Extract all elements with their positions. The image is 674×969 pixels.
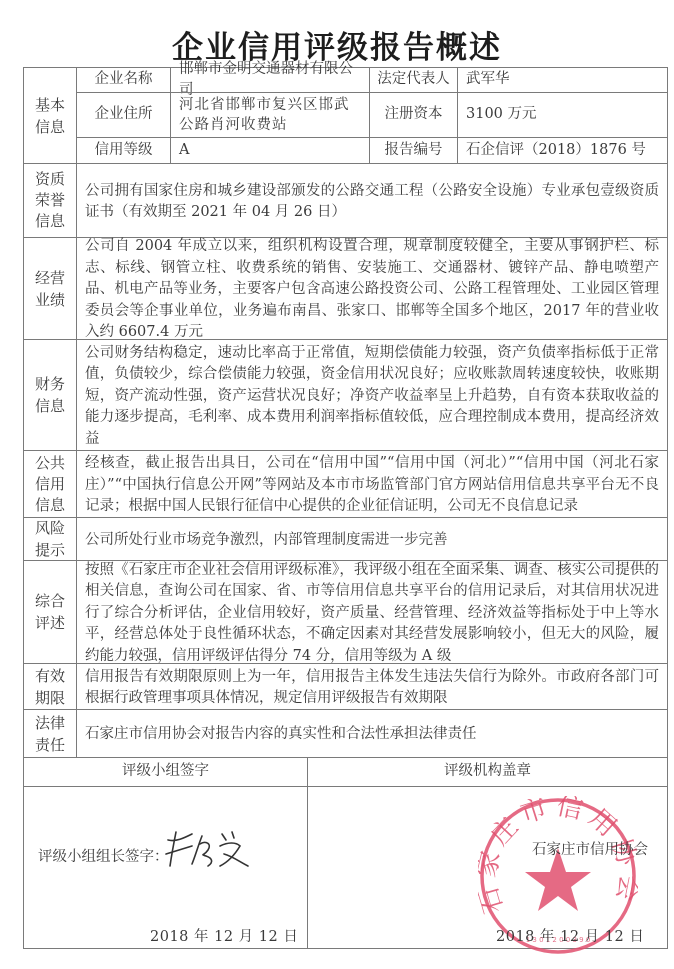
section-text-qualification: 公司拥有国家住房和城乡建设部颁发的公路交通工程（公路安全设施）专业承包壹级资质证… bbox=[76, 163, 668, 238]
risk-warning-text: 公司所处行业市场竞争激烈，内部管理制度需进一步完善 bbox=[85, 530, 448, 552]
section-label-basic-info: 基本 信息 bbox=[23, 67, 77, 164]
public-credit-text: 经核查，截止报告出具日，公司在“信用中国”“信用中国（河北）”“信用中国（河北石… bbox=[85, 453, 659, 518]
section-label-validity: 有效 期限 bbox=[23, 663, 77, 710]
business-performance-text: 公司自 2004 年成立以来，组织机构设置合理，规章制度较健全，主要从事钢护栏、… bbox=[85, 236, 659, 344]
section-label-business-performance: 经营 业绩 bbox=[23, 237, 77, 340]
value-report-number: 石企信评（2018）1876 号 bbox=[457, 137, 668, 164]
value-legal-rep: 武军华 bbox=[457, 67, 668, 93]
section-text-risk-warning: 公司所处行业市场竞争激烈，内部管理制度需进一步完善 bbox=[76, 517, 668, 561]
label-company-name: 企业名称 bbox=[76, 67, 171, 93]
label-registered-capital: 注册资本 bbox=[369, 92, 458, 138]
section-label-legal-liability: 法律 责任 bbox=[23, 709, 77, 758]
section-label-qualification: 资质 荣誉 信息 bbox=[23, 163, 77, 238]
value-company-name: 邯郸市金明交通器材有限公司 bbox=[170, 67, 370, 93]
label-legal-rep: 法定代表人 bbox=[369, 67, 458, 93]
leader-signature-label: 评级小组组长签字： bbox=[38, 845, 169, 866]
group-signature-date: 2018 年 12 月 12 日 bbox=[150, 925, 298, 946]
section-label-summary: 综合 评述 bbox=[23, 560, 77, 664]
qualification-text: 公司拥有国家住房和城乡建设部颁发的公路交通工程（公路安全设施）专业承包壹级资质证… bbox=[85, 181, 659, 224]
validity-text: 信用报告有效期限原则上为一年，信用报告主体发生违法失信行为除外。市政府各部门可根… bbox=[85, 667, 659, 710]
label-credit-grade: 信用等级 bbox=[76, 137, 171, 164]
section-text-financial-info: 公司财务结构稳定，速动比率高于正常值，短期偿债能力较强，资产负债率指标低于正常值… bbox=[76, 339, 668, 451]
org-name-text: 石家庄市信用协会 bbox=[532, 838, 648, 859]
org-seal-date: 2018 年 12 月 12 日 bbox=[496, 925, 644, 946]
section-label-public-credit: 公共 信用 信息 bbox=[23, 450, 77, 518]
section-label-financial-info: 财务 信息 bbox=[23, 339, 77, 451]
value-company-address: 河北省邯郸市复兴区邯武公路肖河收费站 bbox=[170, 92, 370, 138]
section-text-business-performance: 公司自 2004 年成立以来，组织机构设置合理，规章制度较健全，主要从事钢护栏、… bbox=[76, 237, 668, 340]
value-registered-capital: 3100 万元 bbox=[457, 92, 668, 138]
header-rating-group-signature: 评级小组签字 bbox=[23, 757, 308, 787]
label-report-number: 报告编号 bbox=[369, 137, 458, 164]
label-company-address: 企业住所 bbox=[76, 92, 171, 138]
legal-liability-text: 石家庄市信用协会对报告内容的真实性和合法性承担法律责任 bbox=[85, 724, 477, 746]
section-text-summary: 按照《石家庄市企业社会信用评级标准》，我评级小组在全面采集、调查、核实公司提供的… bbox=[76, 560, 668, 664]
header-rating-org-seal: 评级机构盖章 bbox=[307, 757, 668, 787]
handwritten-signature bbox=[162, 826, 262, 874]
section-text-public-credit: 经核查，截止报告出具日，公司在“信用中国”“信用中国（河北）”“信用中国（河北石… bbox=[76, 450, 668, 518]
financial-info-text: 公司财务结构稳定，速动比率高于正常值，短期偿债能力较强，资产负债率指标低于正常值… bbox=[85, 343, 659, 451]
summary-text: 按照《石家庄市企业社会信用评级标准》，我评级小组在全面采集、调查、核实公司提供的… bbox=[85, 560, 659, 668]
section-text-validity: 信用报告有效期限原则上为一年，信用报告主体发生违法失信行为除外。市政府各部门可根… bbox=[76, 663, 668, 710]
section-label-risk-warning: 风险 提示 bbox=[23, 517, 77, 561]
value-credit-grade: A bbox=[170, 137, 370, 164]
section-text-legal-liability: 石家庄市信用协会对报告内容的真实性和合法性承担法律责任 bbox=[76, 709, 668, 758]
